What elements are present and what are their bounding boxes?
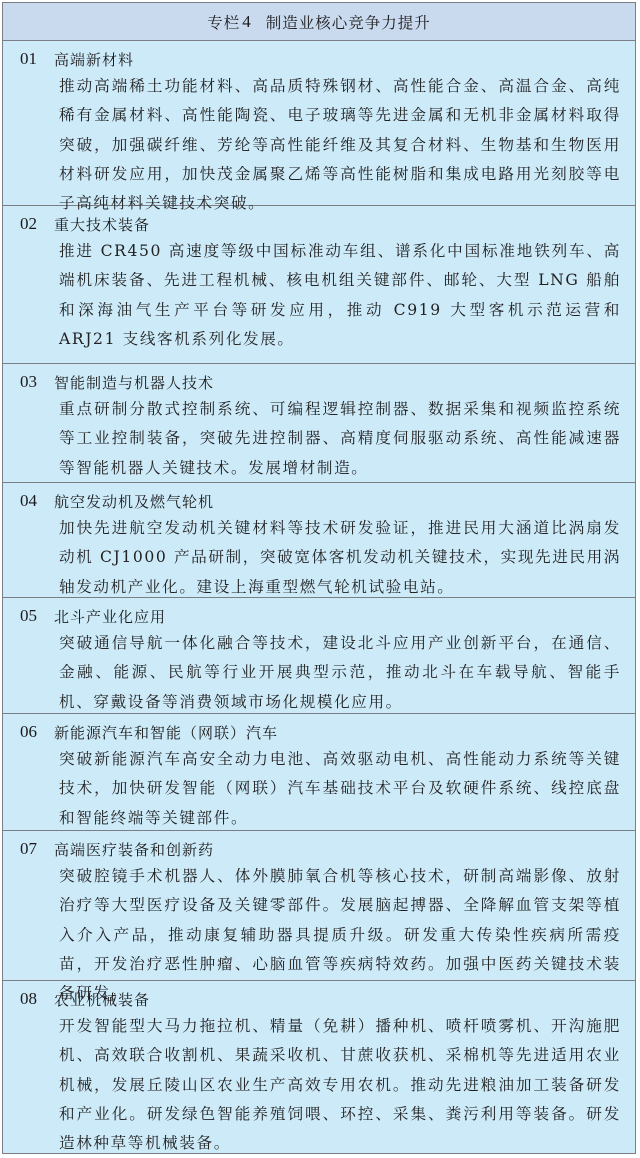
section-title: 北斗产业化应用 xyxy=(54,606,166,627)
section-title: 高端医疗装备和创新药 xyxy=(54,839,214,860)
section-body: 重点研制分散式控制系统、可编程逻辑控制器、数据采集和视频监控系统等工业控制装备，… xyxy=(59,395,621,483)
section-03-intelligent-manufacturing: 03 智能制造与机器人技术 重点研制分散式控制系统、可编程逻辑控制器、数据采集和… xyxy=(3,364,635,483)
section-title: 高端新材料 xyxy=(54,49,134,70)
section-05-beidou: 05 北斗产业化应用 突破通信导航一体化融合等技术，建设北斗应用产业创新平台，在… xyxy=(3,598,635,714)
section-number: 02 xyxy=(3,214,54,234)
section-number: 08 xyxy=(3,989,54,1009)
section-title: 智能制造与机器人技术 xyxy=(54,372,214,393)
section-number: 01 xyxy=(3,49,54,69)
section-04-aero-engines: 04 航空发动机及燃气轮机 加快先进航空发动机关键材料等技术研发验证，推进民用大… xyxy=(3,483,635,598)
header-title: 制造业核心竞争力提升 xyxy=(266,11,431,33)
section-body: 推进 CR450 高速度等级中国标准动车组、谱系化中国标准地铁列车、高端机床装备… xyxy=(59,237,621,354)
section-01-advanced-materials: 01 高端新材料 推动高端稀土功能材料、高品质特殊钢材、高性能合金、高温合金、高… xyxy=(3,41,635,206)
box-header: 专栏 4 制造业核心竞争力提升 xyxy=(3,3,635,41)
section-body: 突破通信导航一体化融合等技术，建设北斗应用产业创新平台，在通信、金融、能源、民航… xyxy=(59,629,621,717)
section-body: 开发智能型大马力拖拉机、精量（免耕）播种机、喷杆喷雾机、开沟施肥机、高效联合收割… xyxy=(59,1012,621,1158)
section-02-major-equipment: 02 重大技术装备 推进 CR450 高速度等级中国标准动车组、谱系化中国标准地… xyxy=(3,206,635,364)
header-number: 4 xyxy=(242,12,252,32)
section-number: 07 xyxy=(3,839,54,859)
section-number: 04 xyxy=(3,491,54,511)
section-body: 突破新能源汽车高安全动力电池、高效驱动电机、高性能动力系统等关键技术，加快研发智… xyxy=(59,745,621,833)
section-title: 重大技术装备 xyxy=(54,214,150,235)
section-body: 加快先进航空发动机关键材料等技术研发验证，推进民用大涵道比涡扇发动机 CJ100… xyxy=(59,514,621,602)
section-number: 06 xyxy=(3,722,54,742)
section-title: 农业机械装备 xyxy=(54,989,150,1010)
feature-box-column-4: 专栏 4 制造业核心竞争力提升 01 高端新材料 推动高端稀土功能材料、高品质特… xyxy=(2,2,636,1154)
section-07-medical-equipment: 07 高端医疗装备和创新药 突破腔镜手术机器人、体外膜肺氧合机等核心技术，研制高… xyxy=(3,831,635,981)
section-body: 推动高端稀土功能材料、高品质特殊钢材、高性能合金、高温合金、高纯稀有金属材料、高… xyxy=(59,72,621,218)
section-title: 航空发动机及燃气轮机 xyxy=(54,491,214,512)
section-number: 05 xyxy=(3,606,54,626)
section-title: 新能源汽车和智能（网联）汽车 xyxy=(54,722,278,743)
header-label: 专栏 xyxy=(207,11,240,33)
section-number: 03 xyxy=(3,372,54,392)
section-08-agricultural-machinery: 08 农业机械装备 开发智能型大马力拖拉机、精量（免耕）播种机、喷杆喷雾机、开沟… xyxy=(3,981,635,1156)
section-06-new-energy-vehicles: 06 新能源汽车和智能（网联）汽车 突破新能源汽车高安全动力电池、高效驱动电机、… xyxy=(3,714,635,831)
